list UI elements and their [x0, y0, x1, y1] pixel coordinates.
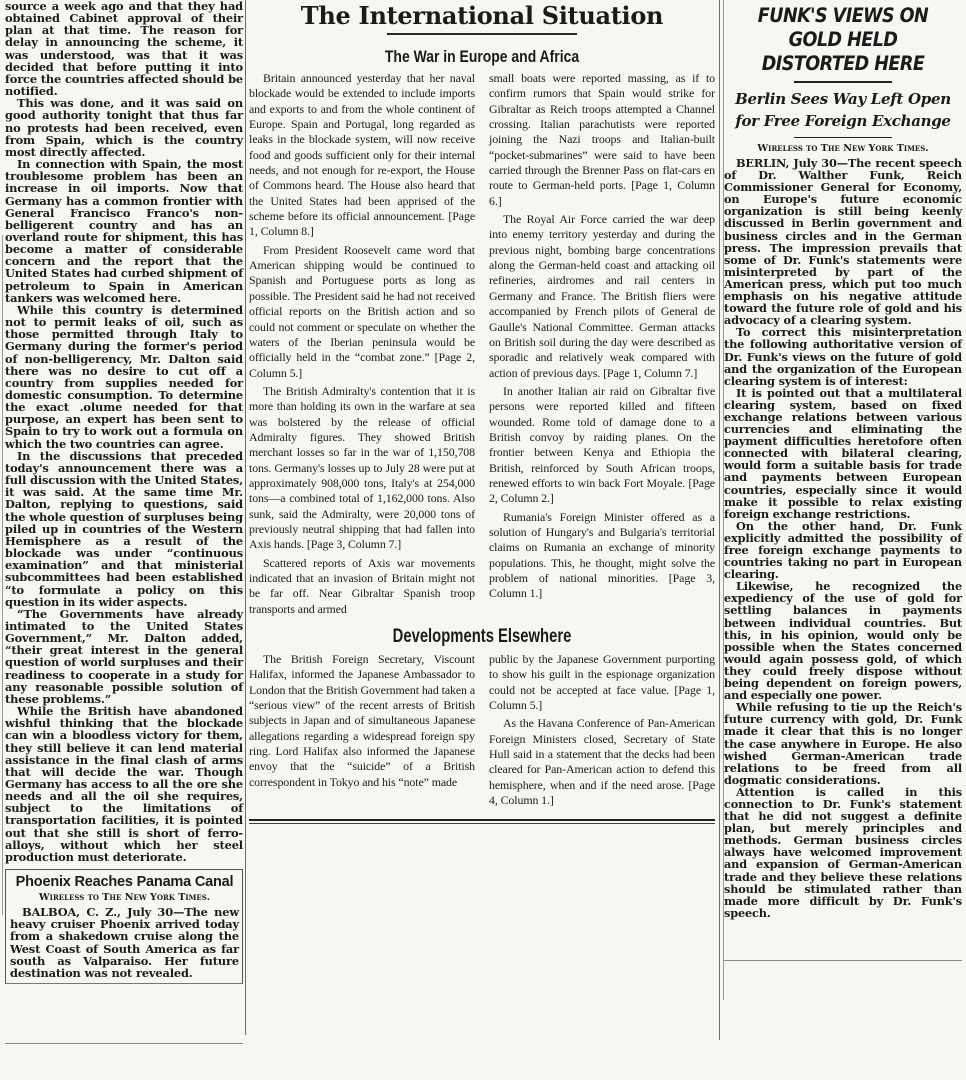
phoenix-headline: Phoenix Reaches Panama Canal [10, 873, 239, 891]
summary-paragraph: In another Italian air raid on Gibraltar… [489, 384, 715, 507]
article-paragraph: In connection with Spain, the most troub… [5, 158, 243, 304]
summary-paragraph: Scattered reports of Axis war movements … [249, 556, 475, 617]
war-europe-africa-columns: Britain announced yesterday that her nav… [249, 71, 715, 620]
article-paragraph: source a week ago and that they had obta… [5, 0, 243, 97]
developments-column-2: public by the Japanese Government purpor… [489, 652, 715, 811]
war-column-2: small boats were reported massing, as if… [489, 71, 715, 620]
clipping-bottom-edge-right [724, 960, 962, 961]
article-subheadline: Berlin Sees Way Left Open for Free Forei… [724, 88, 962, 132]
summary-paragraph: The British Admiralty's contention that … [249, 384, 475, 553]
summary-paragraph: Britain announced yesterday that her nav… [249, 71, 475, 240]
section-bottom-rule [249, 819, 715, 824]
developments-elsewhere-heading: Developments Elsewhere [300, 626, 663, 648]
phoenix-credit-line: Wireless to The New York Times. [10, 892, 239, 904]
article-paragraph: This was done, and it was said on good a… [5, 97, 243, 158]
article-paragraph: While refusing to tie up the Reich's fut… [724, 701, 962, 786]
summary-paragraph: The British Foreign Secretary, Viscount … [249, 652, 475, 790]
summary-paragraph: public by the Japanese Government purpor… [489, 652, 715, 713]
column-rule-right [719, 0, 720, 1040]
article-paragraph: To correct this misinterpretation the fo… [724, 326, 962, 386]
summary-paragraph: As the Havana Conference of Pan-American… [489, 716, 715, 808]
article-paragraph: It is pointed out that a multilateral cl… [724, 387, 962, 520]
headline-rule [794, 81, 892, 83]
article-paragraph: BERLIN, July 30—The recent speech of Dr.… [724, 157, 962, 326]
article-paragraph: While the British have abandoned wishful… [5, 705, 243, 863]
phoenix-body: BALBOA, C. Z., July 30—The new heavy cru… [10, 906, 239, 979]
war-europe-africa-heading: The War in Europe and Africa [291, 47, 673, 67]
article-paragraph: While this country is determined not to … [5, 304, 243, 450]
phoenix-article-box: Phoenix Reaches Panama Canal Wireless to… [5, 869, 243, 984]
developments-columns: The British Foreign Secretary, Viscount … [249, 652, 715, 811]
column-rule-left-edge [2, 235, 3, 915]
developments-column-1: The British Foreign Secretary, Viscount … [249, 652, 475, 811]
article-body: BERLIN, July 30—The recent speech of Dr.… [724, 157, 962, 919]
funk-gold-article: FUNK'S VIEWS ON GOLD HELD DISTORTED HERE… [724, 0, 962, 919]
international-situation-section: The International Situation The War in E… [249, 0, 715, 824]
clipping-bottom-edge-left [5, 1043, 243, 1044]
article-paragraph: “The Governments have already intimated … [5, 608, 243, 705]
article-paragraph: Attention is called in this connection t… [724, 786, 962, 919]
article-credit-line: Wireless to The New York Times. [724, 143, 962, 155]
summary-paragraph: Rumania's Foreign Minister offered as a … [489, 510, 715, 602]
article-paragraph: Likewise, he recognized the expediency o… [724, 580, 962, 701]
column-rule-left [245, 0, 246, 1035]
left-column-article: source a week ago and that they had obta… [5, 0, 243, 984]
subheadline-rule [794, 137, 892, 139]
summary-paragraph: small boats were reported massing, as if… [489, 71, 715, 209]
title-underline [387, 33, 577, 35]
summary-paragraph: The Royal Air Force carried the war deep… [489, 212, 715, 381]
war-column-1: Britain announced yesterday that her nav… [249, 71, 475, 620]
article-headline: FUNK'S VIEWS ON GOLD HELD DISTORTED HERE [736, 4, 950, 76]
article-paragraph: In the discussions that preceded today's… [5, 450, 243, 608]
section-title: The International Situation [249, 0, 715, 30]
article-paragraph: On the other hand, Dr. Funk explicitly a… [724, 520, 962, 580]
summary-paragraph: From President Roosevelt came word that … [249, 243, 475, 381]
